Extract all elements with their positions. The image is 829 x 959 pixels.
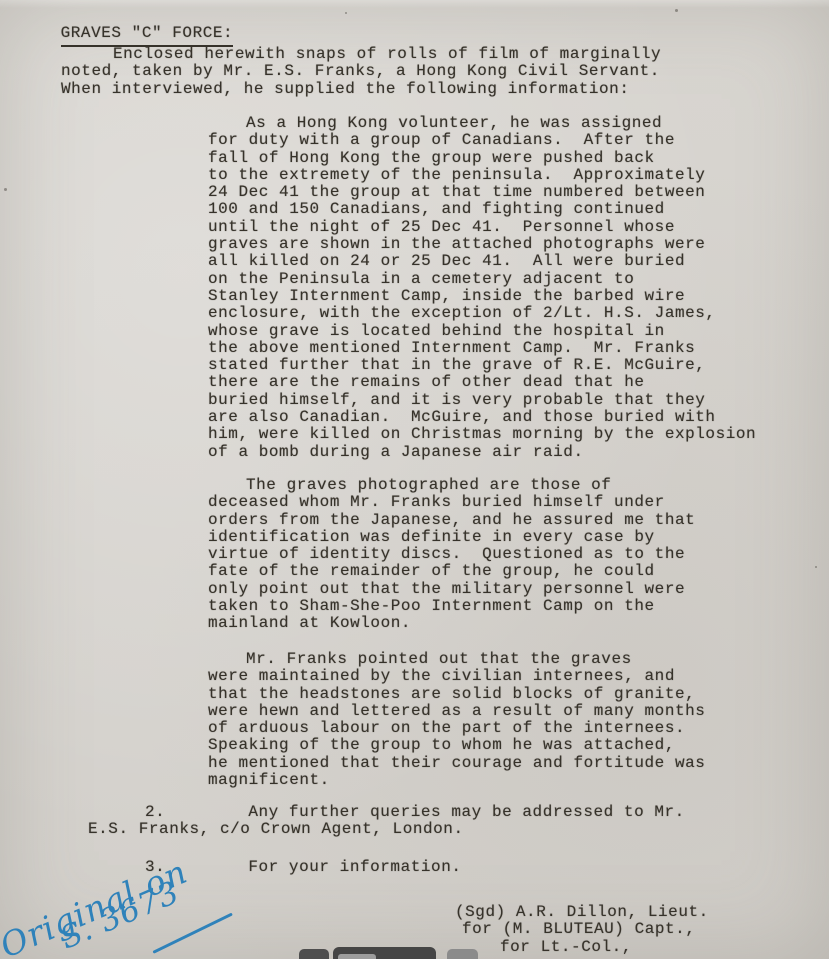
text-line: were hewn and lettered as a result of ma… bbox=[208, 703, 829, 720]
paper-speck bbox=[4, 188, 7, 191]
text-line: mainland at Kowloon. bbox=[208, 615, 829, 632]
text-line: noted, taken by Mr. E.S. Franks, a Hong … bbox=[61, 63, 829, 80]
text-line: identification was definite in every cas… bbox=[208, 529, 829, 546]
text-line: for (M. BLUTEAU) Capt., bbox=[462, 921, 829, 938]
text-line: When interviewed, he supplied the follow… bbox=[61, 81, 829, 98]
text-line: for Lt.-Col., bbox=[500, 939, 829, 956]
text-line: that the headstones are solid blocks of … bbox=[208, 686, 829, 703]
text-line: are also Canadian. McGuire, and those bu… bbox=[208, 409, 829, 426]
text-line: of a bomb during a Japanese air raid. bbox=[208, 444, 829, 461]
blockquote-2: The graves photographed are those of dec… bbox=[0, 477, 829, 633]
page-indicator-thumb bbox=[338, 954, 376, 959]
text-line: E.S. Franks, c/o Crown Agent, London. bbox=[88, 821, 829, 838]
text-line: there are the remains of other dead that… bbox=[208, 374, 829, 391]
text-line: Stanley Internment Camp, inside the barb… bbox=[208, 288, 829, 305]
text-line: deceased whom Mr. Franks buried himself … bbox=[208, 494, 829, 511]
paragraph-number: 2. bbox=[145, 803, 165, 821]
scanned-document-page: GRAVES "C" FORCE: Enclosed herewith snap… bbox=[0, 0, 829, 959]
text-line: him, were killed on Christmas morning by… bbox=[208, 426, 829, 443]
text-line: for duty with a group of Canadians. Afte… bbox=[208, 132, 829, 149]
text-line: stated further that in the grave of R.E.… bbox=[208, 357, 829, 374]
text-line: Any further queries may be addressed to … bbox=[248, 803, 685, 821]
text-line: For your information. bbox=[248, 858, 461, 876]
blockquote-1: As a Hong Kong volunteer, he was assigne… bbox=[0, 115, 829, 461]
viewer-prev-page-button[interactable] bbox=[299, 949, 329, 959]
text-line: orders from the Japanese, and he assured… bbox=[208, 512, 829, 529]
text-line: The graves photographed are those of bbox=[246, 477, 829, 494]
text-line: 100 and 150 Canadians, and fighting cont… bbox=[208, 201, 829, 218]
text-line: only point out that the military personn… bbox=[208, 581, 829, 598]
text-line: Mr. Franks pointed out that the graves bbox=[246, 651, 829, 668]
text-line: the above mentioned Internment Camp. Mr.… bbox=[208, 340, 829, 357]
paper-speck bbox=[815, 566, 817, 568]
paper-speck bbox=[345, 12, 347, 14]
text-line: until the night of 25 Dec 41. Personnel … bbox=[208, 219, 829, 236]
text-line: to the extremety of the peninsula. Appro… bbox=[208, 167, 829, 184]
text-line: fate of the remainder of the group, he c… bbox=[208, 563, 829, 580]
blockquote-3: Mr. Franks pointed out that the graves w… bbox=[0, 651, 829, 789]
text-line: virtue of identity discs. Questioned as … bbox=[208, 546, 829, 563]
intro-paragraph: Enclosed herewith snaps of rolls of film… bbox=[0, 46, 829, 98]
text-line: (Sgd) A.R. Dillon, Lieut. bbox=[455, 904, 829, 921]
text-line: As a Hong Kong volunteer, he was assigne… bbox=[246, 115, 829, 132]
heading-text: GRAVES "C" FORCE: bbox=[61, 25, 234, 46]
text-line: graves are shown in the attached photogr… bbox=[208, 236, 829, 253]
text-line: all killed on 24 or 25 Dec 41. All were … bbox=[208, 253, 829, 270]
viewer-page-indicator[interactable] bbox=[333, 947, 436, 959]
text-line: he mentioned that their courage and fort… bbox=[208, 755, 829, 772]
text-line: fall of Hong Kong the group were pushed … bbox=[208, 150, 829, 167]
text-line: 3.For your information. bbox=[145, 859, 829, 876]
text-line: whose grave is located behind the hospit… bbox=[208, 323, 829, 340]
viewer-next-page-button[interactable] bbox=[447, 949, 478, 959]
text-line: Enclosed herewith snaps of rolls of film… bbox=[113, 46, 829, 63]
text-line: of arduous labour on the part of the int… bbox=[208, 720, 829, 737]
text-line: enclosure, with the exception of 2/Lt. H… bbox=[208, 305, 829, 322]
text-line: 24 Dec 41 the group at that time numbere… bbox=[208, 184, 829, 201]
text-line: magnificent. bbox=[208, 772, 829, 789]
text-line: buried himself, and it is very probable … bbox=[208, 392, 829, 409]
numbered-item-2: 2.Any further queries may be addressed t… bbox=[0, 804, 829, 839]
text-line: were maintained by the civilian internee… bbox=[208, 668, 829, 685]
text-line: Speaking of the group to whom he was att… bbox=[208, 737, 829, 754]
text-line: on the Peninsula in a cemetery adjacent … bbox=[208, 271, 829, 288]
text-line: 2.Any further queries may be addressed t… bbox=[145, 804, 829, 821]
paper-speck bbox=[675, 9, 678, 12]
text-line: taken to Sham-She-Poo Internment Camp on… bbox=[208, 598, 829, 615]
